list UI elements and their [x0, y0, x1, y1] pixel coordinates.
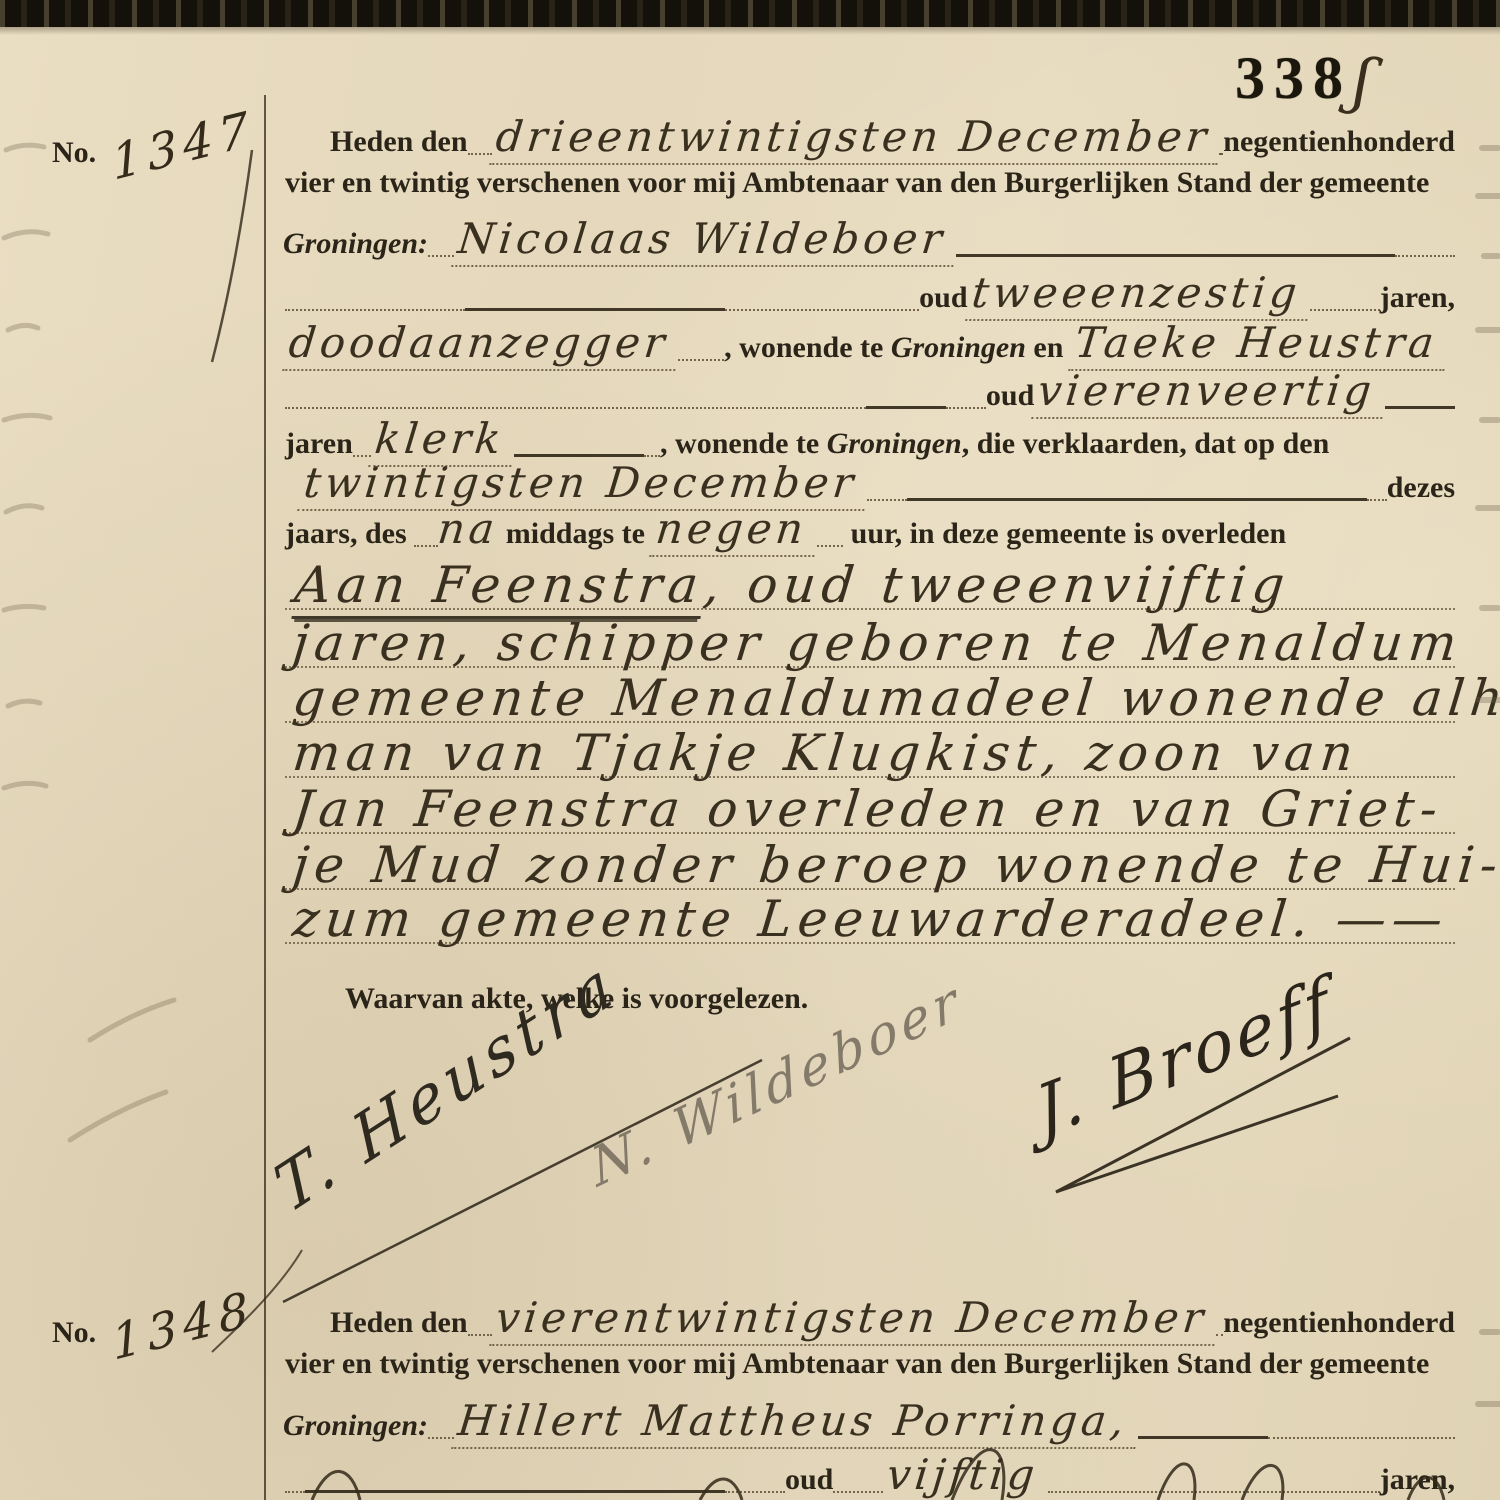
deceased-line-text: man van Tjakje Klugkist, zoon van: [290, 724, 1362, 782]
dotted-leader: [817, 543, 843, 547]
act1-line-template2: vier en twintig verschenen voor mij Ambt…: [285, 166, 1455, 218]
act1-line-date: Heden den drieentwintigsten December neg…: [330, 112, 1455, 164]
deceased-record-line: gemeente Menaldumadeel wonende alhier: [285, 665, 1455, 723]
printed-oud: oud: [785, 1463, 833, 1497]
act1-line-declarant1: Groningen: Nicolaas Wildeboer: [283, 214, 1455, 266]
solid-rule-line: [465, 306, 725, 311]
page-number: 338: [1235, 44, 1352, 113]
dotted-leader: [644, 453, 660, 457]
act1-line-declarant1-occupation: doodaanzegger , wonende te Groningen en …: [285, 318, 1455, 370]
printed-jaren: jaren,: [1380, 1463, 1455, 1497]
dotted-leader: [867, 497, 907, 501]
act-1347-margin-number: No. 1347: [52, 118, 256, 174]
printed-heden-den: Heden den: [330, 1306, 468, 1340]
dotted-leader: [428, 253, 454, 257]
dotted-leader: [285, 307, 465, 311]
printed-heden-den: Heden den: [330, 125, 468, 159]
act-1348-margin-number: No. 1348: [52, 1298, 256, 1354]
printed-wonende-te: , wonende te: [724, 331, 891, 365]
deceased-line-text: zum gemeente Leeuwarderadeel. ——: [290, 890, 1451, 948]
printed-dezes: dezes: [1387, 471, 1455, 505]
printed-negentienhonderd: negentienhonderd: [1223, 1306, 1455, 1340]
deceased-record-line: zum gemeente Leeuwarderadeel. ——: [285, 886, 1455, 944]
dotted-leader: [1367, 497, 1387, 501]
deceased-line-text: Jan Feenstra overleden en van Griet-: [290, 780, 1446, 838]
no-label: No.: [52, 1316, 96, 1350]
binding-shadow: [0, 27, 1500, 35]
handwritten-declarant1-name: Nicolaas Wildeboer: [451, 214, 958, 267]
solid-rule-line: [305, 1488, 725, 1493]
dotted-leader: [468, 1332, 492, 1336]
handwritten-declarant1-occupation: doodaanzegger: [282, 318, 681, 371]
act2-line-template2: vier en twintig verschenen voor mij Ambt…: [285, 1347, 1455, 1399]
handwritten-ampm: na: [436, 504, 501, 553]
printed-middags-te: middags te: [498, 517, 652, 551]
deceased-age-text: , oud tweeenvijftig: [701, 556, 1293, 614]
act-number-1348: 1348: [109, 1280, 257, 1372]
signature-registrar: J. Broeff: [1030, 962, 1340, 1154]
ink-flourish-mark: ʃ: [1349, 43, 1376, 118]
dotted-leader: [1395, 253, 1455, 257]
printed-groningen-label: Groningen:: [283, 227, 428, 261]
solid-rule-line: [907, 496, 1367, 501]
printed-city-groningen: Groningen: [891, 331, 1026, 365]
solid-rule-line: [514, 452, 644, 457]
dotted-leader: [725, 307, 919, 311]
printed-wonende-te: , wonende te: [660, 427, 827, 461]
solid-rule-line: [956, 252, 1395, 257]
handwritten-declarant2-age: vierenveertig: [1031, 366, 1387, 419]
deceased-record-line: Aan Feenstra, oud tweeenvijftig: [285, 552, 1455, 610]
printed-jaren: jaren,: [1380, 281, 1455, 315]
margin-rule-line: [264, 95, 266, 1500]
solid-rule-line: [1385, 404, 1455, 409]
act-number-1347: 1347: [109, 100, 257, 192]
printed-city-groningen: Groningen: [827, 427, 962, 461]
handwritten-act-date: drieentwintigsten December: [489, 112, 1222, 165]
dotted-leader: [285, 405, 866, 409]
deceased-line-text: gemeente Menaldumadeel wonende alhier: [290, 669, 1500, 727]
handwritten-declarant1-age: tweeenzestig: [965, 268, 1313, 321]
dotted-leader: [1268, 1435, 1455, 1439]
printed-jaren: jaren: [285, 427, 353, 461]
dotted-leader: [428, 1435, 454, 1439]
handwritten-hour: negen: [650, 504, 820, 557]
act2-line-declarant1: Groningen: Hillert Mattheus Porringa,: [283, 1396, 1455, 1448]
printed-uur-overleden: uur, in deze gemeente is overleden: [843, 517, 1286, 551]
no-label: No.: [52, 136, 96, 170]
act1-line-death-hour: jaars, des na middags te negen uur, in d…: [285, 504, 1455, 556]
dotted-leader: [353, 453, 371, 457]
act1-line-declarant2-age: oud vierenveertig: [285, 366, 1455, 418]
dotted-leader: [468, 151, 492, 155]
printed-oud: oud: [919, 281, 967, 315]
dotted-leader: [1310, 307, 1380, 311]
printed-negentienhonderd: negentienhonderd: [1223, 125, 1455, 159]
page-number-block: 338 ʃ: [1235, 44, 1371, 117]
handwritten-declarant2-name: Taeke Heustra: [1068, 318, 1450, 371]
printed-groningen-label: Groningen:: [283, 1409, 428, 1443]
handwritten-declarant1-name: Hillert Mattheus Porringa,: [451, 1396, 1140, 1449]
book-binding-edge: [0, 0, 1500, 27]
deceased-record-line: jaren, schipper geboren te Menaldum: [285, 610, 1455, 668]
solid-rule-line: [866, 404, 946, 409]
printed-en: en: [1026, 331, 1071, 365]
printed-jaars-des: jaars, des: [285, 517, 414, 551]
dotted-leader: [285, 1489, 305, 1493]
dotted-leader: [1048, 1489, 1379, 1493]
solid-rule-line: [1138, 1434, 1268, 1439]
printed-verklaarden: , die verklaarden, dat op den: [962, 427, 1330, 461]
act1-line-declarant1-age: oud tweeenzestig jaren,: [285, 268, 1455, 320]
dotted-leader: [678, 357, 724, 361]
printed-verschenen-voor-mij: vier en twintig verschenen voor mij Ambt…: [285, 1347, 1429, 1381]
deceased-record-line: man van Tjakje Klugkist, zoon van: [285, 720, 1455, 778]
deceased-line-text: jaren, schipper geboren te Menaldum: [290, 614, 1465, 672]
death-register-scan: 338 ʃ No. 1347 Heden den drieentwintigst…: [0, 0, 1500, 1500]
act1-line-death-date: twintigsten December dezes: [300, 458, 1455, 510]
dotted-leader: [833, 1489, 883, 1493]
deceased-name-and-age: Aan Feenstra, oud tweeenvijftig: [292, 556, 1293, 614]
act2-line-declarant1-age: oud vijftig jaren,: [285, 1450, 1455, 1500]
handwritten-act-date: vierentwintigsten December: [489, 1293, 1219, 1346]
dotted-leader: [946, 405, 986, 409]
act2-line-date: Heden den vierentwintigsten December neg…: [330, 1293, 1455, 1345]
printed-verschenen-voor-mij: vier en twintig verschenen voor mij Ambt…: [285, 166, 1429, 200]
dotted-leader: [1216, 1332, 1223, 1336]
printed-oud: oud: [986, 379, 1034, 413]
dotted-leader: [725, 1489, 785, 1493]
deceased-record-line: je Mud zonder beroep wonende te Hui-: [285, 832, 1455, 890]
deceased-record-line: Jan Feenstra overleden en van Griet-: [285, 776, 1455, 834]
handwritten-declarant1-age: vijftig: [881, 1450, 1052, 1500]
dotted-leader: [414, 543, 438, 547]
